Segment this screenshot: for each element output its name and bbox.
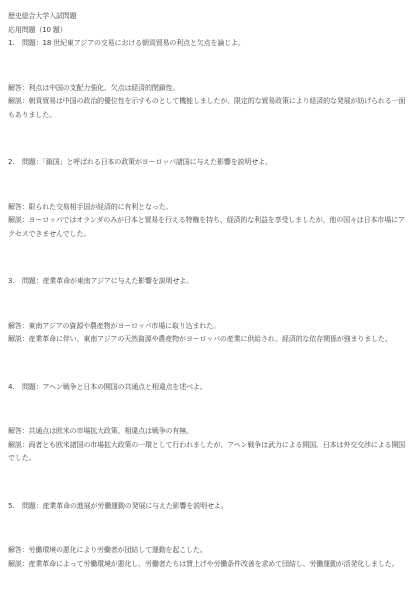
explanation-text: 解説：産業革命によって労働環境が悪化し、労働者たちは賃上げや労働条件改善を求めて…: [8, 558, 407, 572]
answer-block-4: 解答：共通点は欧米の市場拡大政策、相違点は戦争の有無。 解説：両者とも欧米諸国の…: [8, 425, 407, 466]
document-title: 歴史総合大学入試問題: [8, 10, 407, 24]
answer-block-2: 解答：限られた交易相手国が経済的に有利となった。 解説：ヨーロッパではオランダの…: [8, 201, 407, 242]
answer-text: 解答：利点は中国の支配力強化、欠点は経済的閉鎖性。: [8, 82, 407, 96]
question-number: 4.: [8, 381, 22, 395]
question-item-5: 5. 問題：産業革命の進展が労働運動の発展に与えた影響を説明せよ。: [8, 500, 407, 514]
question-text: 問題：18 世紀東アジアの交易における朝貢貿易の利点と欠点を論じよ。: [22, 37, 407, 51]
answer-block-1: 解答：利点は中国の支配力強化、欠点は経済的閉鎖性。 解説：朝貢貿易は中国の政治的…: [8, 82, 407, 123]
document-page: 歴史総合大学入試問題 応用問題（10 題） 1. 問題：18 世紀東アジアの交易…: [0, 0, 414, 600]
answer-block-3: 解答：東南アジアの資源や農産物がヨーロッパ市場に取り込まれた。 解説：産業革命に…: [8, 320, 407, 347]
question-number: 2.: [8, 156, 22, 170]
explanation-text: 解説：産業革命に伴い、東南アジアの天然資源や農産物がヨーロッパの産業に供給され、…: [8, 333, 407, 347]
explanation-text: 解説：ヨーロッパではオランダのみが日本と貿易を行える特権を持ち、経済的な利益を享…: [8, 214, 407, 241]
document-subtitle: 応用問題（10 題）: [8, 24, 407, 38]
question-number: 5.: [8, 500, 22, 514]
explanation-text: 解説：両者とも欧米諸国の市場拡大政策の一環として行われましたが、アヘン戦争は武力…: [8, 439, 407, 466]
answer-text: 解答：東南アジアの資源や農産物がヨーロッパ市場に取り込まれた。: [8, 320, 407, 334]
question-item-1: 1. 問題：18 世紀東アジアの交易における朝貢貿易の利点と欠点を論じよ。: [8, 37, 407, 51]
question-item-3: 3. 問題：産業革命が東南アジアに与えた影響を説明せよ。: [8, 275, 407, 289]
answer-text: 解答：労働環境の悪化により労働者が団結して運動を起こした。: [8, 544, 407, 558]
answer-text: 解答：限られた交易相手国が経済的に有利となった。: [8, 201, 407, 215]
question-text: 問題：産業革命の進展が労働運動の発展に与えた影響を説明せよ。: [22, 500, 407, 514]
question-item-2: 2. 問題：「鎖国」と呼ばれる日本の政策がヨーロッパ諸国に与えた影響を説明せよ。: [8, 156, 407, 170]
question-number: 1.: [8, 37, 22, 51]
explanation-text: 解説：朝貢貿易は中国の政治的優位性を示すものとして機能しましたが、限定的な貿易政…: [8, 95, 407, 122]
answer-block-5: 解答：労働環境の悪化により労働者が団結して運動を起こした。 解説：産業革命によっ…: [8, 544, 407, 571]
question-text: 問題：「鎖国」と呼ばれる日本の政策がヨーロッパ諸国に与えた影響を説明せよ。: [22, 156, 407, 170]
question-text: 問題：アヘン戦争と日本の開国の共通点と相違点を述べよ。: [22, 381, 407, 395]
question-text: 問題：産業革命が東南アジアに与えた影響を説明せよ。: [22, 275, 407, 289]
question-number: 3.: [8, 275, 22, 289]
question-item-4: 4. 問題：アヘン戦争と日本の開国の共通点と相違点を述べよ。: [8, 381, 407, 395]
answer-text: 解答：共通点は欧米の市場拡大政策、相違点は戦争の有無。: [8, 425, 407, 439]
